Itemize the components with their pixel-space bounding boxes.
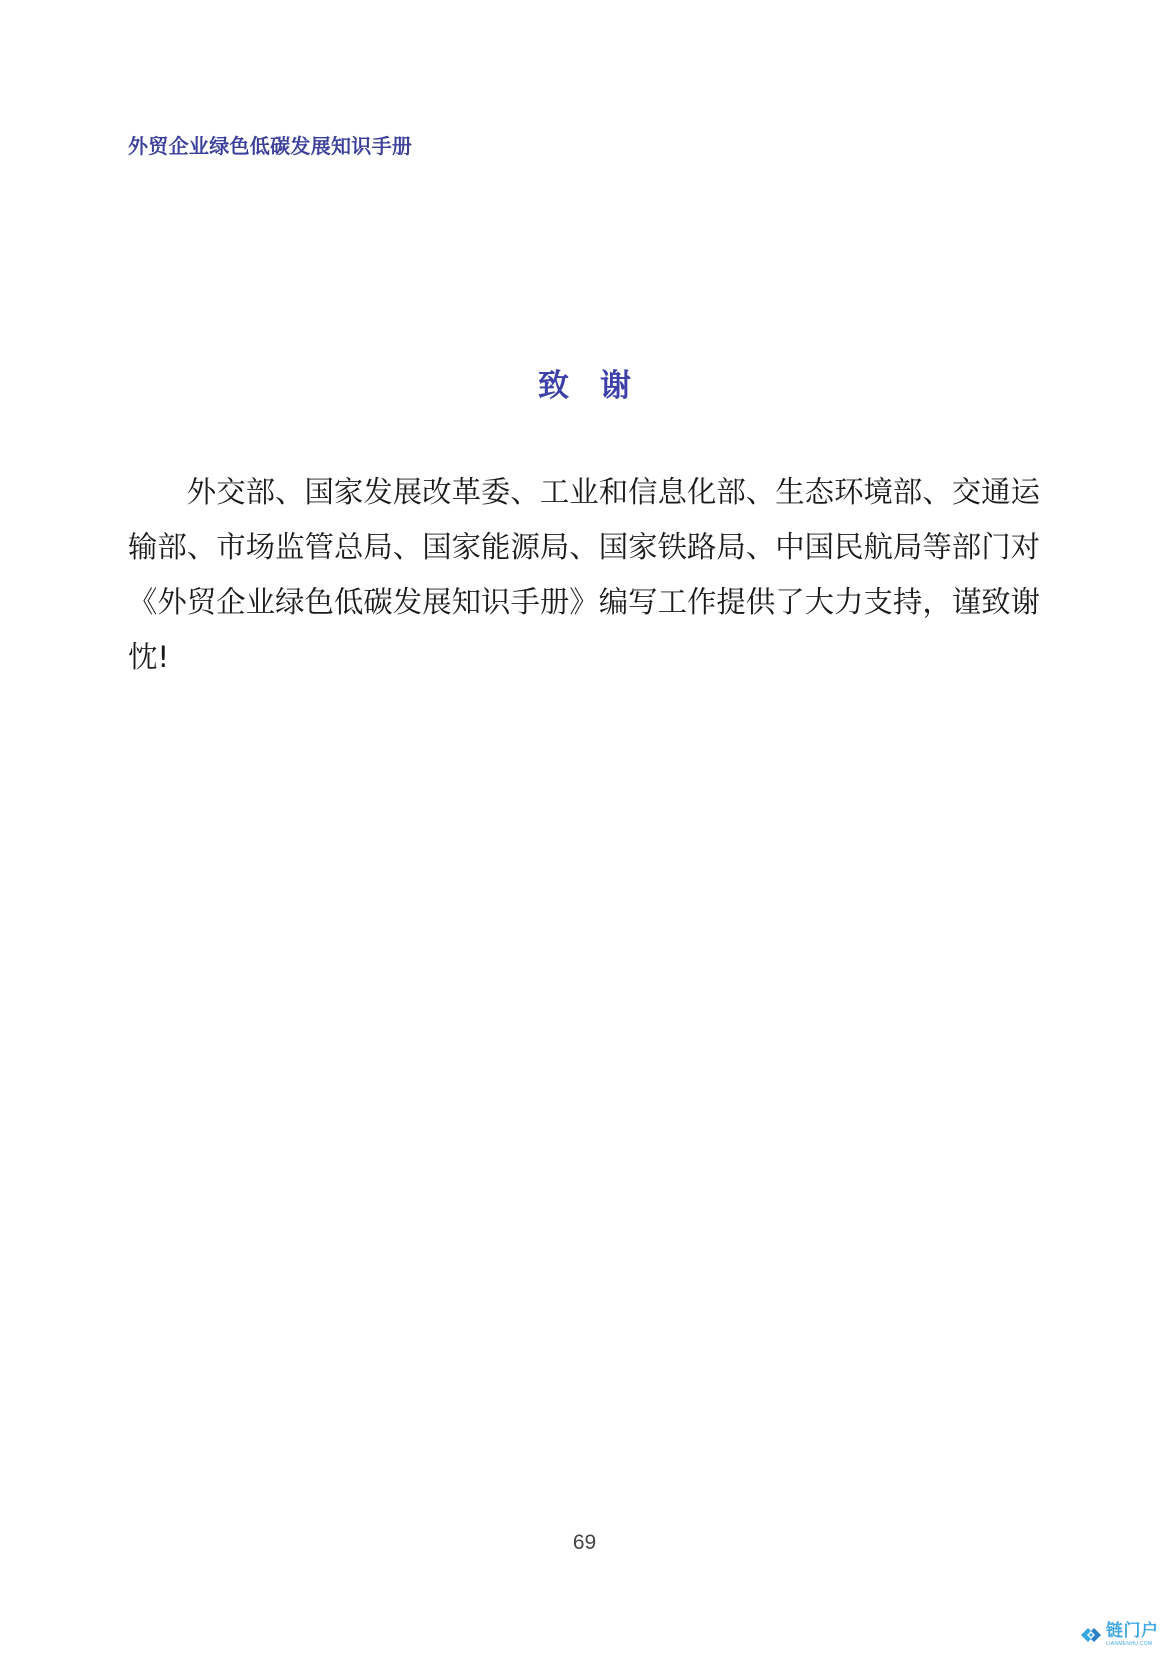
watermark: 链门户 LIANMENHU.COM: [1080, 1618, 1168, 1652]
section-title: 致 谢: [0, 368, 1169, 404]
running-header: 外贸企业绿色低碳发展知识手册: [128, 133, 412, 159]
lianmenhu-logo-icon: [1080, 1626, 1102, 1644]
page-number: 69: [0, 1531, 1169, 1555]
watermark-name: 链门户: [1106, 1623, 1159, 1640]
acknowledgement-paragraph: 外交部、国家发展改革委、工业和信息化部、生态环境部、交通运输部、市场监管总局、国…: [128, 465, 1040, 685]
watermark-domain: LIANMENHU.COM: [1106, 1642, 1159, 1647]
